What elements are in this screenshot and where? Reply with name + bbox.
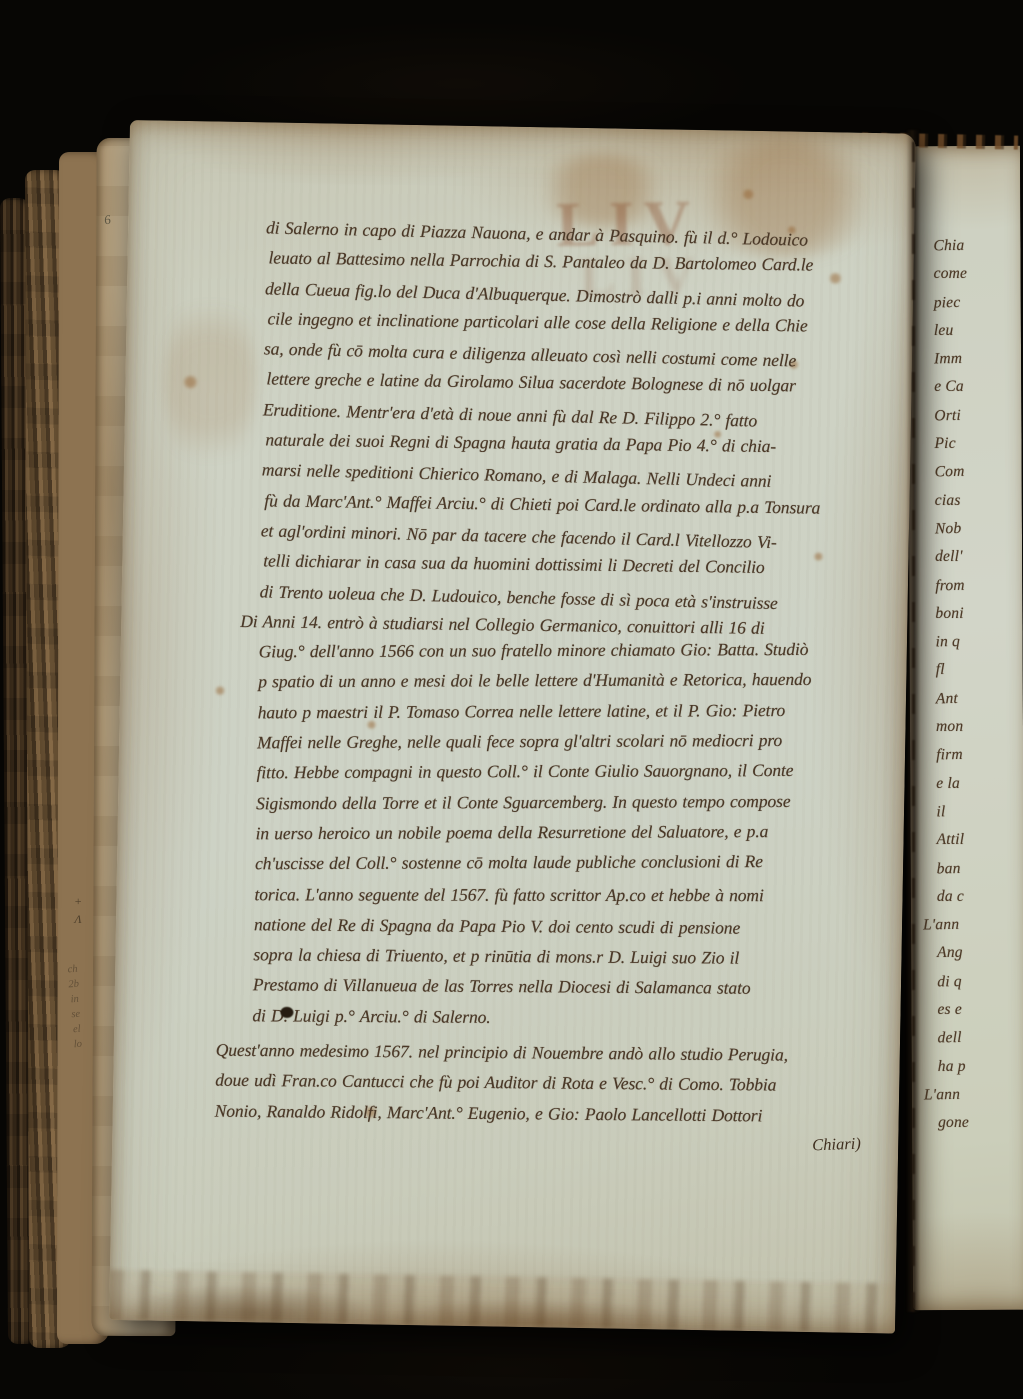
facing-page-text-fragment: dell' (935, 543, 969, 571)
manuscript-line: ch'uscisse del Coll.° sostenne cō molta … (255, 846, 885, 879)
bottom-edge-stain (109, 1270, 896, 1334)
facing-page-text-fragment: boni (935, 600, 969, 628)
manuscript-line: sopra la chiesa di Triuento, et p rinūti… (253, 939, 883, 974)
facing-page-text-fragment: Imm (934, 345, 968, 374)
facing-page-text-fragment: firm (936, 741, 970, 770)
manuscript-line: Giug.° dell'anno 1566 con un suo fratell… (259, 634, 889, 667)
facing-page-text-fragment: Com (934, 458, 968, 487)
facing-page-text-fragment: L'ann (923, 911, 971, 940)
margin-annotation-upper: + Λ (74, 892, 82, 928)
manuscript-page: LIV LIV di Salerno in capo di Piazza Nau… (109, 120, 916, 1334)
margin-mark: se (70, 1007, 82, 1023)
manuscript-line: di D. Luigi p.° Arciu.° di Salerno. (252, 1000, 882, 1035)
facing-page-text-fragment: ha p (938, 1053, 972, 1081)
facing-page-text-fragment: Chia (933, 232, 967, 261)
manuscript-line: Sigismondo della Torre et il Conte Sguar… (256, 785, 886, 818)
facing-page-text-fragment: cias (935, 487, 969, 515)
manuscript-line: Maffei nelle Greghe, nelle quali fece so… (257, 725, 887, 758)
photo-of-manuscript: 6 + Λ ch 2b in se el lo Chia come piec l… (0, 0, 1023, 1399)
gutter-crease (906, 130, 920, 1312)
manuscript-line: in uerso heroico un nobile poema della R… (256, 815, 886, 848)
margin-mark: el (71, 1022, 83, 1038)
manuscript-line: p spatio di un anno e mesi doi le belle … (258, 664, 888, 697)
facing-page-text-fragment: ban (937, 854, 971, 883)
facing-page-text-fragment: Orti (934, 402, 968, 431)
facing-page-text-column: Chia come piec leu Imm e Ca Orti Pic Com… (933, 232, 971, 1138)
ink-blot (280, 1007, 293, 1018)
manuscript-line: Nonio, Ranaldo Ridolfi, Marc'Ant.° Eugen… (215, 1095, 881, 1131)
facing-page-text-fragment: Nob (935, 515, 969, 544)
facing-page-text-fragment: come (934, 260, 968, 288)
catchword: Chiari) (812, 1134, 861, 1156)
margin-mark: lo (72, 1037, 84, 1053)
facing-page-text-fragment: Ang (937, 939, 971, 967)
facing-page-text-fragment: e la (936, 770, 970, 798)
manuscript-line: hauto p maestri il P. Tomaso Correa nell… (258, 694, 888, 727)
manuscript-line: torica. L'anno seguente del 1567. fù fat… (254, 879, 884, 910)
manuscript-text-block: di Salerno in capo di Piazza Nauona, e a… (250, 212, 896, 1137)
facing-page-text-fragment: mon (936, 713, 970, 741)
facing-page-text-fragment: from (935, 571, 969, 600)
margin-mark: ch (67, 962, 79, 978)
facing-page-text-fragment: Ant (936, 685, 970, 714)
facing-page: Chia come piec leu Imm e Ca Orti Pic Com… (907, 146, 1023, 1311)
facing-page-text-fragment: il (936, 798, 970, 827)
manuscript-line: natione del Re di Spagna da Papa Pio V. … (254, 909, 884, 944)
facing-page-text-fragment: Attil (937, 826, 971, 854)
facing-page-text-fragment: gone (938, 1109, 972, 1137)
manuscript-line: fitto. Hebbe compagni in questo Coll.° i… (257, 755, 887, 788)
margin-mark: in (69, 992, 81, 1008)
underlying-page-number: 6 (103, 211, 112, 228)
foxing-spot (181, 375, 199, 389)
paper-stain (164, 281, 257, 483)
foxing-spot (214, 686, 226, 696)
foxing-spot (741, 189, 756, 200)
facing-page-text-fragment: in q (935, 628, 969, 657)
facing-page-text-fragment: leu (934, 317, 968, 345)
facing-page-text-fragment: L'ann (924, 1081, 972, 1110)
facing-page-text-fragment: dell (937, 1024, 971, 1053)
facing-page-text-fragment: di q (937, 968, 971, 997)
facing-page-text-fragment: piec (934, 288, 968, 317)
margin-mark: Λ (74, 910, 82, 928)
facing-page-text-fragment: es e (937, 996, 971, 1024)
facing-page-text-fragment: e Ca (934, 374, 968, 402)
margin-mark: + (74, 892, 82, 910)
facing-page-text-fragment: fl (936, 657, 970, 685)
margin-mark: 2b (68, 977, 80, 993)
facing-page-text-fragment: Pic (935, 430, 969, 458)
manuscript-line: Prestamo di Villanueua de las Torres nel… (253, 970, 883, 1005)
facing-page-text-fragment: da c (937, 883, 971, 911)
